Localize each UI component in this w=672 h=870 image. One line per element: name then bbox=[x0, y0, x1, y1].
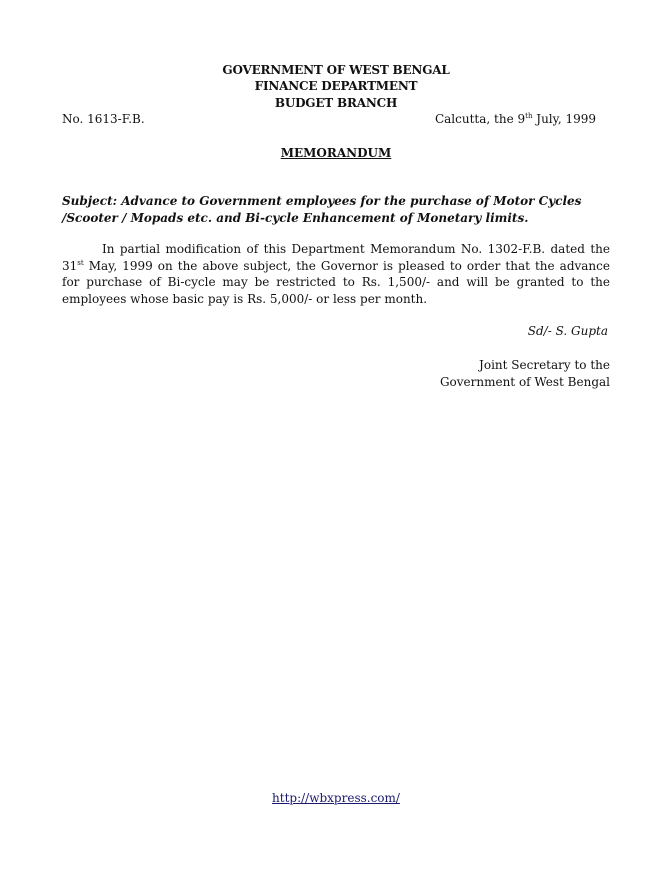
header-department: FINANCE DEPARTMENT bbox=[0, 79, 672, 93]
footer: http://wbxpress.com/ bbox=[0, 791, 672, 805]
designation-line-1: Joint Secretary to the bbox=[440, 357, 610, 374]
designation-line-2: Government of West Bengal bbox=[440, 374, 610, 391]
body-paragraph: In partial modification of this Departme… bbox=[62, 241, 610, 307]
header-branch: BUDGET BRANCH bbox=[0, 96, 672, 110]
designation: Joint Secretary to the Government of Wes… bbox=[440, 357, 610, 390]
subject-line: Subject: Advance to Government employees… bbox=[62, 193, 610, 226]
memo-title: MEMORANDUM bbox=[0, 146, 672, 160]
header-government: GOVERNMENT OF WEST BENGAL bbox=[0, 63, 672, 77]
reference-number: No. 1613-F.B. bbox=[62, 112, 145, 126]
footer-link[interactable]: http://wbxpress.com/ bbox=[272, 791, 400, 805]
document-page: GOVERNMENT OF WEST BENGAL FINANCE DEPART… bbox=[0, 0, 672, 870]
date-month-year: July, 1999 bbox=[532, 112, 596, 126]
signature: Sd/- S. Gupta bbox=[528, 324, 608, 338]
date-day: Calcutta, the 9 bbox=[435, 112, 525, 126]
memo-date: Calcutta, the 9th July, 1999 bbox=[435, 112, 596, 126]
body-text-2: May, 1999 on the above subject, the Gove… bbox=[62, 259, 610, 306]
